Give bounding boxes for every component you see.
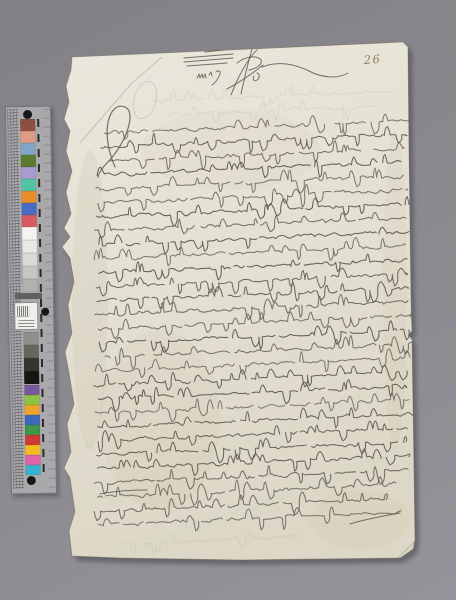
manuscript-photo-layer: 26 bbox=[0, 0, 456, 600]
photograph: 26 bbox=[0, 0, 456, 600]
page-number: 26 bbox=[362, 52, 382, 67]
